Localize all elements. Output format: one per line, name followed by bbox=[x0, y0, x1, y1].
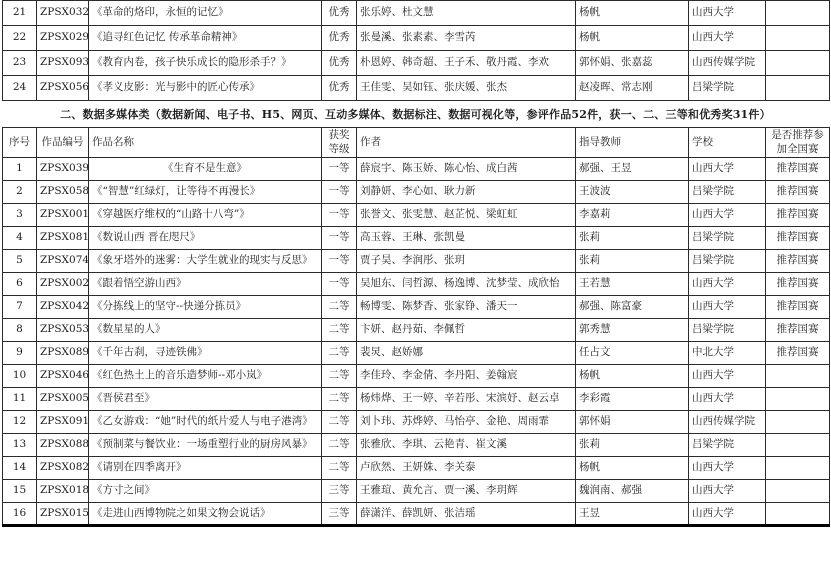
cell-title: 《红色热土上的音乐造梦师--邓小岚》 bbox=[89, 365, 322, 388]
cell-school: 山西大学 bbox=[689, 26, 766, 51]
cell-award: 二等 bbox=[322, 434, 357, 457]
cell-school: 山西传媒学院 bbox=[689, 51, 766, 76]
cell-advisors: 张莉 bbox=[576, 434, 689, 457]
table-row: 3ZPSX001《穿越医疗维权的“山路十八弯”》一等张誉文、张雯慧、赵芷悦、梁虹… bbox=[3, 204, 830, 227]
cell-national: 推荐国赛 bbox=[766, 273, 830, 296]
cell-school: 中北大学 bbox=[689, 342, 766, 365]
cell-code: ZPSX042 bbox=[37, 296, 89, 319]
cell-award: 一等 bbox=[322, 227, 357, 250]
cell-national: 推荐国赛 bbox=[766, 158, 830, 181]
header-cell-title: 作品名称 bbox=[89, 128, 322, 158]
cell-school: 山西大学 bbox=[689, 296, 766, 319]
cell-code: ZPSX056 bbox=[37, 76, 89, 101]
cell-title: 《革命的烙印，永恒的记忆》 bbox=[89, 1, 322, 26]
cell-authors: 刘静妍、李心如、耿力新 bbox=[357, 181, 576, 204]
cell-no: 22 bbox=[3, 26, 37, 51]
cell-code: ZPSX018 bbox=[37, 480, 89, 503]
cell-authors: 杨炜烨、王一婷、辛若彤、宋滨妤、赵云卓 bbox=[357, 388, 576, 411]
awards-table: 序号作品编号作品名称获奖等级作者指导教师学校是否推荐参加全国赛 1ZPSX039… bbox=[2, 127, 830, 527]
cell-national bbox=[766, 411, 830, 434]
cell-national bbox=[766, 480, 830, 503]
cell-code: ZPSX081 bbox=[37, 227, 89, 250]
cell-authors: 李佳玲、李金倩、李丹阳、姜翰宸 bbox=[357, 365, 576, 388]
table-row: 7ZPSX042《分拣线上的坚守--快递分拣员》二等畅博雯、陈梦香、张家铮、潘天… bbox=[3, 296, 830, 319]
cell-national bbox=[766, 388, 830, 411]
cell-advisors: 杨帆 bbox=[576, 1, 689, 26]
cell-no: 1 bbox=[3, 158, 37, 181]
cell-award: 一等 bbox=[322, 181, 357, 204]
cell-school: 吕梁学院 bbox=[689, 319, 766, 342]
cell-school: 山西大学 bbox=[689, 204, 766, 227]
cell-code: ZPSX091 bbox=[37, 411, 89, 434]
previous-section-table: 21ZPSX032《革命的烙印，永恒的记忆》优秀张乐婷、杜文慧杨帆山西大学22Z… bbox=[2, 0, 830, 101]
table-row: 15ZPSX018《方寸之间》三等王雅瑄、黄允言、贾一溪、李玥辉魏润南、郝强山西… bbox=[3, 480, 830, 503]
cell-advisors: 杨帆 bbox=[576, 365, 689, 388]
table-row: 24ZPSX056《孝义皮影：光与影中的匠心传承》优秀王佳雯、吴如钰、张庆媛、张… bbox=[3, 76, 830, 101]
cell-national bbox=[766, 51, 830, 76]
cell-title: 《孝义皮影：光与影中的匠心传承》 bbox=[89, 76, 322, 101]
cell-school: 山西大学 bbox=[689, 480, 766, 503]
table-row: 14ZPSX082《请别在四季离开》二等卢欣然、王妍姝、李关泰杨帆山西大学 bbox=[3, 457, 830, 480]
section-heading: 二、数据多媒体类（数据新闻、电子书、H5、网页、互动多媒体、数据标注、数据可视化… bbox=[0, 101, 831, 127]
cell-school: 山西大学 bbox=[689, 273, 766, 296]
table-row: 21ZPSX032《革命的烙印，永恒的记忆》优秀张乐婷、杜文慧杨帆山西大学 bbox=[3, 1, 830, 26]
cell-advisors: 张莉 bbox=[576, 250, 689, 273]
cell-no: 13 bbox=[3, 434, 37, 457]
cell-title: 《方寸之间》 bbox=[89, 480, 322, 503]
cell-advisors: 王昱 bbox=[576, 503, 689, 526]
cell-authors: 裴炅、赵娇娜 bbox=[357, 342, 576, 365]
cell-no: 24 bbox=[3, 76, 37, 101]
cell-no: 4 bbox=[3, 227, 37, 250]
header-cell-authors: 作者 bbox=[357, 128, 576, 158]
cell-no: 23 bbox=[3, 51, 37, 76]
cell-national: 推荐国赛 bbox=[766, 296, 830, 319]
cell-code: ZPSX093 bbox=[37, 51, 89, 76]
cell-no: 9 bbox=[3, 342, 37, 365]
cell-title: 《数星星的人》 bbox=[89, 319, 322, 342]
cell-national bbox=[766, 26, 830, 51]
cell-national: 推荐国赛 bbox=[766, 342, 830, 365]
cell-award: 一等 bbox=[322, 204, 357, 227]
cell-authors: 薛潇洋、薛凯妍、张洁瑶 bbox=[357, 503, 576, 526]
cell-advisors: 张莉 bbox=[576, 227, 689, 250]
cell-award: 优秀 bbox=[322, 51, 357, 76]
cell-no: 15 bbox=[3, 480, 37, 503]
cell-code: ZPSX002 bbox=[37, 273, 89, 296]
cell-advisors: 魏润南、郝强 bbox=[576, 480, 689, 503]
table-row: 1ZPSX039《生育不是生意》一等薛宸宇、陈玉娇、陈心怡、成白茜郝强、王昱山西… bbox=[3, 158, 830, 181]
cell-advisors: 郝强、陈富豪 bbox=[576, 296, 689, 319]
cell-title: 《晋侯君至》 bbox=[89, 388, 322, 411]
cell-award: 二等 bbox=[322, 411, 357, 434]
header-cell-award: 获奖等级 bbox=[322, 128, 357, 158]
cell-award: 优秀 bbox=[322, 76, 357, 101]
header-cell-no: 序号 bbox=[3, 128, 37, 158]
header-cell-national: 是否推荐参加全国赛 bbox=[766, 128, 830, 158]
cell-title: 《“智慧”红绿灯，让等待不再漫长》 bbox=[89, 181, 322, 204]
cell-award: 优秀 bbox=[322, 1, 357, 26]
cell-award: 二等 bbox=[322, 457, 357, 480]
cell-title: 《请别在四季离开》 bbox=[89, 457, 322, 480]
cell-code: ZPSX001 bbox=[37, 204, 89, 227]
cell-national bbox=[766, 76, 830, 101]
cell-authors: 王雅瑄、黄允言、贾一溪、李玥辉 bbox=[357, 480, 576, 503]
cell-award: 三等 bbox=[322, 503, 357, 526]
cell-advisors: 王波波 bbox=[576, 181, 689, 204]
cell-no: 8 bbox=[3, 319, 37, 342]
cell-national bbox=[766, 457, 830, 480]
cell-national: 推荐国赛 bbox=[766, 204, 830, 227]
cell-school: 山西大学 bbox=[689, 388, 766, 411]
cell-title: 《跟着悟空游山西》 bbox=[89, 273, 322, 296]
cell-authors: 朴恩婷、韩奇超、王子禾、敬丹霞、李欢 bbox=[357, 51, 576, 76]
cell-title: 《穿越医疗维权的“山路十八弯”》 bbox=[89, 204, 322, 227]
cell-authors: 贾子昊、李润彤、张玥 bbox=[357, 250, 576, 273]
cell-title: 《追寻红色记忆 传承革命精神》 bbox=[89, 26, 322, 51]
cell-school: 吕梁学院 bbox=[689, 434, 766, 457]
cell-no: 5 bbox=[3, 250, 37, 273]
cell-school: 吕梁学院 bbox=[689, 250, 766, 273]
cell-award: 二等 bbox=[322, 388, 357, 411]
cell-code: ZPSX015 bbox=[37, 503, 89, 526]
cell-title: 《分拣线上的坚守--快递分拣员》 bbox=[89, 296, 322, 319]
cell-no: 12 bbox=[3, 411, 37, 434]
table-row: 13ZPSX088《预制菜与餐饮业：一场重塑行业的厨房风暴》二等张雅欣、李琪、云… bbox=[3, 434, 830, 457]
previous-section-table-body: 21ZPSX032《革命的烙印，永恒的记忆》优秀张乐婷、杜文慧杨帆山西大学22Z… bbox=[3, 1, 830, 101]
cell-title: 《象牙塔外的迷雾：大学生就业的现实与反思》 bbox=[89, 250, 322, 273]
cell-award: 二等 bbox=[322, 342, 357, 365]
cell-school: 山西大学 bbox=[689, 158, 766, 181]
table-row: 12ZPSX091《乙女游戏：“她”时代的纸片爱人与电子港湾》二等刘卜玮、苏烨婷… bbox=[3, 411, 830, 434]
cell-code: ZPSX082 bbox=[37, 457, 89, 480]
cell-award: 三等 bbox=[322, 480, 357, 503]
awards-table-body: 1ZPSX039《生育不是生意》一等薛宸宇、陈玉娇、陈心怡、成白茜郝强、王昱山西… bbox=[3, 158, 830, 526]
table-row: 22ZPSX029《追寻红色记忆 传承革命精神》优秀张曼溪、张素素、李雪芮杨帆山… bbox=[3, 26, 830, 51]
cell-authors: 王佳雯、吴如钰、张庆媛、张杰 bbox=[357, 76, 576, 101]
table-row: 11ZPSX005《晋侯君至》二等杨炜烨、王一婷、辛若彤、宋滨妤、赵云卓李彩霞山… bbox=[3, 388, 830, 411]
cell-school: 山西大学 bbox=[689, 503, 766, 526]
cell-advisors: 赵凌晖、常志刚 bbox=[576, 76, 689, 101]
cell-advisors: 郭怀娟 bbox=[576, 411, 689, 434]
cell-national bbox=[766, 434, 830, 457]
table-row: 8ZPSX053《数星星的人》二等卞妍、赵丹茹、李佩哲郭秀慧吕梁学院推荐国赛 bbox=[3, 319, 830, 342]
cell-award: 二等 bbox=[322, 319, 357, 342]
cell-code: ZPSX046 bbox=[37, 365, 89, 388]
table-row: 2ZPSX058《“智慧”红绿灯，让等待不再漫长》一等刘静妍、李心如、耿力新王波… bbox=[3, 181, 830, 204]
cell-no: 21 bbox=[3, 1, 37, 26]
cell-school: 山西传媒学院 bbox=[689, 411, 766, 434]
cell-authors: 畅博雯、陈梦香、张家铮、潘天一 bbox=[357, 296, 576, 319]
cell-school: 吕梁学院 bbox=[689, 76, 766, 101]
cell-award: 一等 bbox=[322, 273, 357, 296]
cell-authors: 卢欣然、王妍姝、李关泰 bbox=[357, 457, 576, 480]
cell-authors: 张雅欣、李琪、云艳青、崔文溪 bbox=[357, 434, 576, 457]
cell-award: 二等 bbox=[322, 365, 357, 388]
cell-code: ZPSX039 bbox=[37, 158, 89, 181]
cell-title: 《走进山西博物院之如果文物会说话》 bbox=[89, 503, 322, 526]
cell-school: 山西大学 bbox=[689, 457, 766, 480]
cell-authors: 吴旭东、闫哲源、杨逸博、沈梦莹、成欣怡 bbox=[357, 273, 576, 296]
cell-advisors: 郭怀娟、张嘉蕊 bbox=[576, 51, 689, 76]
cell-code: ZPSX074 bbox=[37, 250, 89, 273]
cell-code: ZPSX053 bbox=[37, 319, 89, 342]
table-row: 4ZPSX081《数说山西 晋在咫尺》一等高玉蓉、王琳、张凯曼张莉吕梁学院推荐国… bbox=[3, 227, 830, 250]
cell-no: 10 bbox=[3, 365, 37, 388]
cell-no: 16 bbox=[3, 503, 37, 526]
cell-award: 优秀 bbox=[322, 26, 357, 51]
header-cell-code: 作品编号 bbox=[37, 128, 89, 158]
cell-school: 山西大学 bbox=[689, 1, 766, 26]
table-row: 6ZPSX002《跟着悟空游山西》一等吴旭东、闫哲源、杨逸博、沈梦莹、成欣怡王若… bbox=[3, 273, 830, 296]
cell-award: 一等 bbox=[322, 250, 357, 273]
cell-advisors: 杨帆 bbox=[576, 457, 689, 480]
cell-code: ZPSX029 bbox=[37, 26, 89, 51]
cell-school: 吕梁学院 bbox=[689, 181, 766, 204]
header-cell-advisors: 指导教师 bbox=[576, 128, 689, 158]
cell-authors: 张曼溪、张素素、李雪芮 bbox=[357, 26, 576, 51]
cell-school: 吕梁学院 bbox=[689, 227, 766, 250]
cell-national bbox=[766, 503, 830, 526]
cell-authors: 张乐婷、杜文慧 bbox=[357, 1, 576, 26]
cell-authors: 薛宸宇、陈玉娇、陈心怡、成白茜 bbox=[357, 158, 576, 181]
cell-no: 14 bbox=[3, 457, 37, 480]
cell-title: 《千年古刹，寻迹铁佛》 bbox=[89, 342, 322, 365]
table-row: 23ZPSX093《教育内卷，孩子快乐成长的隐形杀手？》优秀朴恩婷、韩奇超、王子… bbox=[3, 51, 830, 76]
cell-national: 推荐国赛 bbox=[766, 181, 830, 204]
cell-code: ZPSX089 bbox=[37, 342, 89, 365]
cell-authors: 卞妍、赵丹茹、李佩哲 bbox=[357, 319, 576, 342]
cell-national: 推荐国赛 bbox=[766, 319, 830, 342]
cell-national: 推荐国赛 bbox=[766, 227, 830, 250]
cell-advisors: 郭秀慧 bbox=[576, 319, 689, 342]
cell-school: 山西大学 bbox=[689, 365, 766, 388]
cell-advisors: 王若慧 bbox=[576, 273, 689, 296]
cell-advisors: 任占文 bbox=[576, 342, 689, 365]
header-cell-school: 学校 bbox=[689, 128, 766, 158]
cell-authors: 高玉蓉、王琳、张凯曼 bbox=[357, 227, 576, 250]
cell-authors: 张誉文、张雯慧、赵芷悦、梁虹虹 bbox=[357, 204, 576, 227]
cell-advisors: 李彩霞 bbox=[576, 388, 689, 411]
cell-title: 《教育内卷，孩子快乐成长的隐形杀手？》 bbox=[89, 51, 322, 76]
table-row: 5ZPSX074《象牙塔外的迷雾：大学生就业的现实与反思》一等贾子昊、李润彤、张… bbox=[3, 250, 830, 273]
table-row: 10ZPSX046《红色热土上的音乐造梦师--邓小岚》二等李佳玲、李金倩、李丹阳… bbox=[3, 365, 830, 388]
cell-code: ZPSX005 bbox=[37, 388, 89, 411]
cell-no: 6 bbox=[3, 273, 37, 296]
table-row: 16ZPSX015《走进山西博物院之如果文物会说话》三等薛潇洋、薛凯妍、张洁瑶王… bbox=[3, 503, 830, 526]
cell-award: 二等 bbox=[322, 296, 357, 319]
cell-code: ZPSX032 bbox=[37, 1, 89, 26]
cell-code: ZPSX088 bbox=[37, 434, 89, 457]
awards-table-header: 序号作品编号作品名称获奖等级作者指导教师学校是否推荐参加全国赛 bbox=[3, 128, 830, 158]
cell-no: 11 bbox=[3, 388, 37, 411]
cell-title: 《乙女游戏：“她”时代的纸片爱人与电子港湾》 bbox=[89, 411, 322, 434]
cell-advisors: 郝强、王昱 bbox=[576, 158, 689, 181]
cell-national bbox=[766, 365, 830, 388]
cell-advisors: 李嘉莉 bbox=[576, 204, 689, 227]
cell-no: 7 bbox=[3, 296, 37, 319]
cell-no: 2 bbox=[3, 181, 37, 204]
header-row: 序号作品编号作品名称获奖等级作者指导教师学校是否推荐参加全国赛 bbox=[3, 128, 830, 158]
cell-national bbox=[766, 1, 830, 26]
cell-award: 一等 bbox=[322, 158, 357, 181]
cell-title: 《预制菜与餐饮业：一场重塑行业的厨房风暴》 bbox=[89, 434, 322, 457]
cell-authors: 刘卜玮、苏烨婷、马怡亭、金艳、周雨霏 bbox=[357, 411, 576, 434]
cell-national: 推荐国赛 bbox=[766, 250, 830, 273]
cell-title: 《生育不是生意》 bbox=[89, 158, 322, 181]
table-row: 9ZPSX089《千年古刹，寻迹铁佛》二等裴炅、赵娇娜任占文中北大学推荐国赛 bbox=[3, 342, 830, 365]
cell-code: ZPSX058 bbox=[37, 181, 89, 204]
cell-title: 《数说山西 晋在咫尺》 bbox=[89, 227, 322, 250]
cell-no: 3 bbox=[3, 204, 37, 227]
cell-advisors: 杨帆 bbox=[576, 26, 689, 51]
